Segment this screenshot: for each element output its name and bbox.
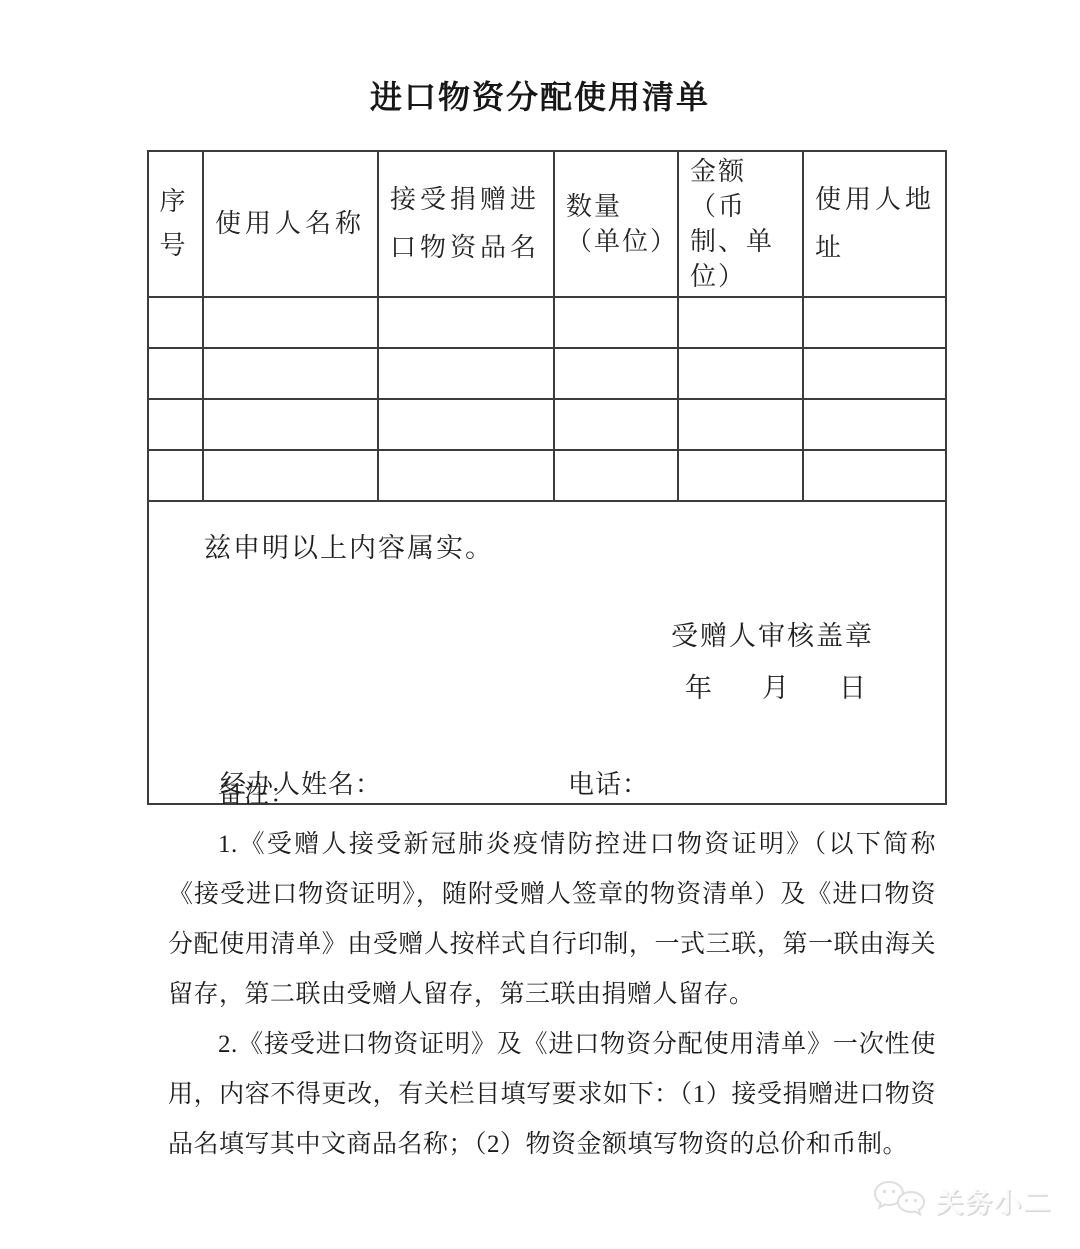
table-footer-row: 兹申明以上内容属实。 受赠人审核盖章 年 月 日 经办人姓名： 电话：	[148, 501, 946, 804]
table-empty-cell	[678, 450, 803, 501]
empty-rows	[148, 297, 946, 501]
note-item-2: 2.《接受进口物资证明》及《进口物资分配使用清单》一次性使用，内容不得更改，有关…	[168, 1020, 936, 1170]
date-line: 年 月 日	[685, 666, 866, 705]
table-empty-cell	[203, 450, 378, 501]
declaration-text: 兹申明以上内容属实。	[204, 526, 494, 565]
table-empty-cell	[678, 399, 803, 450]
watermark: 关务小二	[872, 1179, 1052, 1221]
table-empty-cell	[803, 450, 946, 501]
declaration-cell: 兹申明以上内容属实。 受赠人审核盖章 年 月 日 经办人姓名： 电话：	[148, 501, 946, 804]
notes-heading: 备注：	[168, 770, 936, 820]
donee-stamp-label: 受赠人审核盖章	[671, 614, 874, 653]
table-empty-cell	[554, 450, 678, 501]
table-empty-cell	[803, 399, 946, 450]
header-user-address: 使用人地址	[803, 151, 946, 297]
table-empty-cell	[678, 297, 803, 348]
table-empty-cell	[148, 297, 203, 348]
table-empty-cell	[148, 399, 203, 450]
header-serial-number: 序号	[148, 151, 203, 297]
table-empty-row	[148, 297, 946, 348]
year-label: 年	[685, 666, 712, 705]
table-empty-cell	[203, 297, 378, 348]
table-empty-row	[148, 399, 946, 450]
chat-bubbles-icon	[872, 1179, 930, 1221]
materials-table: 序号 使用人名称 接受捐赠进口物资品名 数量（单位） 金额（币制、单位） 使用人…	[147, 150, 947, 805]
table-empty-cell	[554, 399, 678, 450]
header-amount-currency: 金额（币制、单位）	[678, 151, 803, 297]
table-empty-cell	[378, 348, 554, 399]
header-user-name: 使用人名称	[203, 151, 378, 297]
table-empty-cell	[378, 297, 554, 348]
table-empty-cell	[803, 297, 946, 348]
scanned-form-page: 进口物资分配使用清单 序号 使用人名称 接受捐赠进口物资品名 数量（单位） 金额…	[0, 0, 1080, 1249]
note-item-1: 1.《受赠人接受新冠肺炎疫情防控进口物资证明》（以下简称《接受进口物资证明》，随…	[168, 820, 936, 1020]
table-empty-cell	[554, 348, 678, 399]
table-empty-cell	[203, 399, 378, 450]
day-label: 日	[839, 666, 866, 705]
table-empty-cell	[148, 450, 203, 501]
watermark-text: 关务小二	[936, 1181, 1052, 1220]
document-title: 进口物资分配使用清单	[0, 72, 1080, 118]
table-empty-cell	[378, 399, 554, 450]
header-donated-goods-name: 接受捐赠进口物资品名	[378, 151, 554, 297]
table-empty-cell	[554, 297, 678, 348]
table-empty-cell	[203, 348, 378, 399]
table-empty-cell	[678, 348, 803, 399]
table-empty-cell	[378, 450, 554, 501]
header-quantity-unit: 数量（单位）	[554, 151, 678, 297]
table-empty-cell	[148, 348, 203, 399]
table-empty-row	[148, 348, 946, 399]
table-empty-cell	[803, 348, 946, 399]
table-header-row: 序号 使用人名称 接受捐赠进口物资品名 数量（单位） 金额（币制、单位） 使用人…	[148, 151, 946, 297]
table-empty-row	[148, 450, 946, 501]
month-label: 月	[762, 666, 789, 705]
notes-section: 备注： 1.《受赠人接受新冠肺炎疫情防控进口物资证明》（以下简称《接受进口物资证…	[168, 770, 936, 1170]
